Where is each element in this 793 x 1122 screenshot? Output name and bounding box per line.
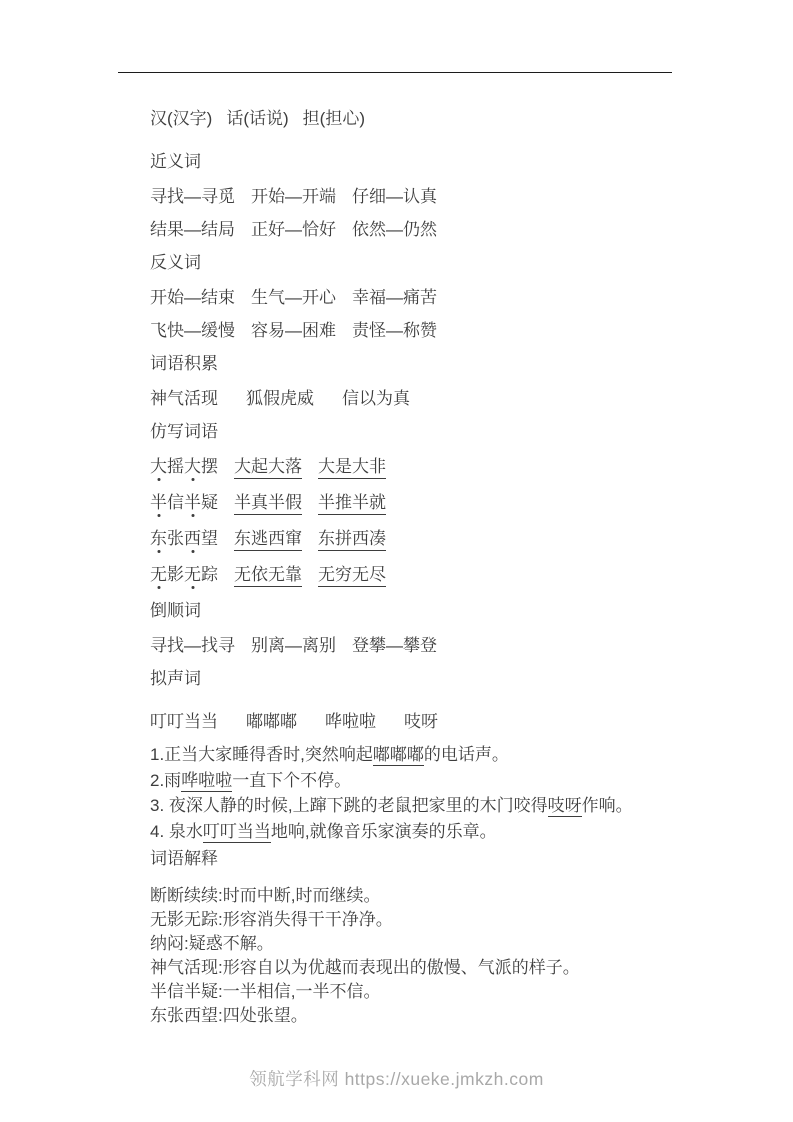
word: 哗啦啦 [325,712,376,731]
word-row: 飞快—缓慢容易—困难责怪—称赞 [150,321,750,340]
example-char: 大 [184,457,201,476]
watermark-footer: 领航学科网 https://xueke.jmkzh.com [0,1066,793,1091]
word: 神气活现 [150,389,218,408]
mimic-example: 无影无踪 [150,565,218,584]
mimic-row: 大摇大摆大起大落大是大非 [150,457,750,479]
mimic-answer: 东拼西凑 [318,529,386,551]
example-char: 影 [167,565,184,584]
mimic-rows: 大摇大摆大起大落大是大非半信半疑半真半假半推半就东张西望东逃西窜东拼西凑无影无踪… [150,457,750,587]
example-char: 无 [150,565,167,584]
word: 信以为真 [342,389,410,408]
section-title-mimic: 仿写词语 [150,422,750,441]
mimic-answer: 大是大非 [318,457,386,479]
example-char: 大 [150,457,167,476]
word: 幸福—痛苦 [352,288,437,307]
definition-line: 半信半疑:一半相信,一半不信。 [150,980,750,1004]
word: 叮叮当当 [150,712,218,731]
word-row: 开始—结束生气—开心幸福—痛苦 [150,288,750,307]
word: 容易—困难 [251,321,336,340]
mimic-row: 无影无踪无依无靠无穷无尽 [150,565,750,587]
word: 话(话说) [226,109,288,128]
example-char: 摆 [201,457,218,476]
polyphone-line: 汉(汉字)话(话说)担(担心) [150,109,750,128]
sentence-text: 一直下个不停。 [232,771,351,790]
document-content: 汉(汉字)话(话说)担(担心) 近义词 寻找—寻觅开始—开端仔细—认真结果—结局… [150,0,750,1028]
definition-line: 纳闷:疑惑不解。 [150,932,750,956]
sentence-text: 的电话声。 [424,745,509,764]
synonyms-rows: 寻找—寻觅开始—开端仔细—认真结果—结局正好—恰好依然—仍然 [150,187,750,239]
definition-line: 无影无踪:形容消失得干干净净。 [150,908,750,932]
underlined-word: 嘟嘟嘟 [373,745,424,766]
example-char: 张 [167,529,184,548]
word: 生气—开心 [251,288,336,307]
example-char: 西 [184,529,201,548]
section-title-accumulation: 词语积累 [150,354,750,373]
document-page: 汉(汉字)话(话说)担(担心) 近义词 寻找—寻觅开始—开端仔细—认真结果—结局… [0,0,793,1122]
definition-line: 断断续续:时而中断,时而继续。 [150,884,750,908]
sentence-text: 2.雨 [150,771,181,790]
section-title-definitions: 词语解释 [150,849,750,868]
definition-list: 断断续续:时而中断,时而继续。无影无踪:形容消失得干干净净。纳闷:疑惑不解。神气… [150,884,750,1028]
mimic-answer: 无依无靠 [234,565,302,587]
section-title-reverse: 倒顺词 [150,601,750,620]
word: 狐假虎威 [246,389,314,408]
mimic-example: 东张西望 [150,529,218,548]
mimic-answer: 半推半就 [318,493,386,515]
section-title-antonyms: 反义词 [150,253,750,272]
definition-line: 神气活现:形容自以为优越而表现出的傲慢、气派的样子。 [150,956,750,980]
word: 责怪—称赞 [352,321,437,340]
sentence: 1.正当大家睡得香时,突然响起嘟嘟嘟的电话声。 [150,742,750,768]
onomatopoeia-words: 叮叮当当嘟嘟嘟哗啦啦吱呀 [150,712,750,731]
word: 开始—结束 [150,288,235,307]
word: 汉(汉字) [150,109,212,128]
example-char: 望 [201,529,218,548]
mimic-row: 半信半疑半真半假半推半就 [150,493,750,515]
sentence-text: 3. 夜深人静的时候,上蹿下跳的老鼠把家里的木门咬得 [150,796,548,815]
sentence-text: 作响。 [582,796,633,815]
onomatopoeia-sentences: 1.正当大家睡得香时,突然响起嘟嘟嘟的电话声。2.雨哗啦啦一直下个不停。3. 夜… [150,742,750,844]
word: 依然—仍然 [352,220,437,239]
word: 寻找—找寻 [150,636,235,655]
sentence-text: 1.正当大家睡得香时,突然响起 [150,745,373,764]
section-title-synonyms: 近义词 [150,152,750,171]
word-row: 神气活现狐假虎威信以为真 [150,389,750,408]
underlined-word: 哗啦啦 [181,771,232,792]
example-char: 半 [150,493,167,512]
word: 正好—恰好 [251,220,336,239]
mimic-answer: 半真半假 [234,493,302,515]
accumulation-rows: 神气活现狐假虎威信以为真 [150,389,750,408]
example-char: 无 [184,565,201,584]
word-row: 结果—结局正好—恰好依然—仍然 [150,220,750,239]
example-char: 踪 [201,565,218,584]
example-char: 摇 [167,457,184,476]
example-char: 半 [184,493,201,512]
example-char: 信 [167,493,184,512]
sentence: 2.雨哗啦啦一直下个不停。 [150,768,750,794]
antonyms-rows: 开始—结束生气—开心幸福—痛苦飞快—缓慢容易—困难责怪—称赞 [150,288,750,340]
word: 吱呀 [404,712,438,731]
reverse-rows: 寻找—找寻别离—离别登攀—攀登 [150,636,750,655]
word-row: 寻找—寻觅开始—开端仔细—认真 [150,187,750,206]
mimic-example: 大摇大摆 [150,457,218,476]
section-title-onomatopoeia: 拟声词 [150,669,750,688]
sentence: 4. 泉水叮叮当当地响,就像音乐家演奏的乐章。 [150,819,750,845]
mimic-row: 东张西望东逃西窜东拼西凑 [150,529,750,551]
underlined-word: 叮叮当当 [203,822,271,843]
sentence-text: 地响,就像音乐家演奏的乐章。 [271,822,497,841]
example-char: 东 [150,529,167,548]
mimic-answer: 大起大落 [234,457,302,479]
word: 开始—开端 [251,187,336,206]
mimic-answer: 无穷无尽 [318,565,386,587]
word: 登攀—攀登 [352,636,437,655]
definition-line: 东张西望:四处张望。 [150,1004,750,1028]
sentence: 3. 夜深人静的时候,上蹿下跳的老鼠把家里的木门咬得吱呀作响。 [150,793,750,819]
word: 仔细—认真 [352,187,437,206]
mimic-answer: 东逃西窜 [234,529,302,551]
sentence-text: 4. 泉水 [150,822,203,841]
word: 嘟嘟嘟 [246,712,297,731]
word: 别离—离别 [251,636,336,655]
word: 担(担心) [303,109,365,128]
word-row: 寻找—找寻别离—离别登攀—攀登 [150,636,750,655]
example-char: 疑 [201,493,218,512]
mimic-example: 半信半疑 [150,493,218,512]
word: 飞快—缓慢 [150,321,235,340]
word: 结果—结局 [150,220,235,239]
underlined-word: 吱呀 [548,796,582,817]
word: 寻找—寻觅 [150,187,235,206]
